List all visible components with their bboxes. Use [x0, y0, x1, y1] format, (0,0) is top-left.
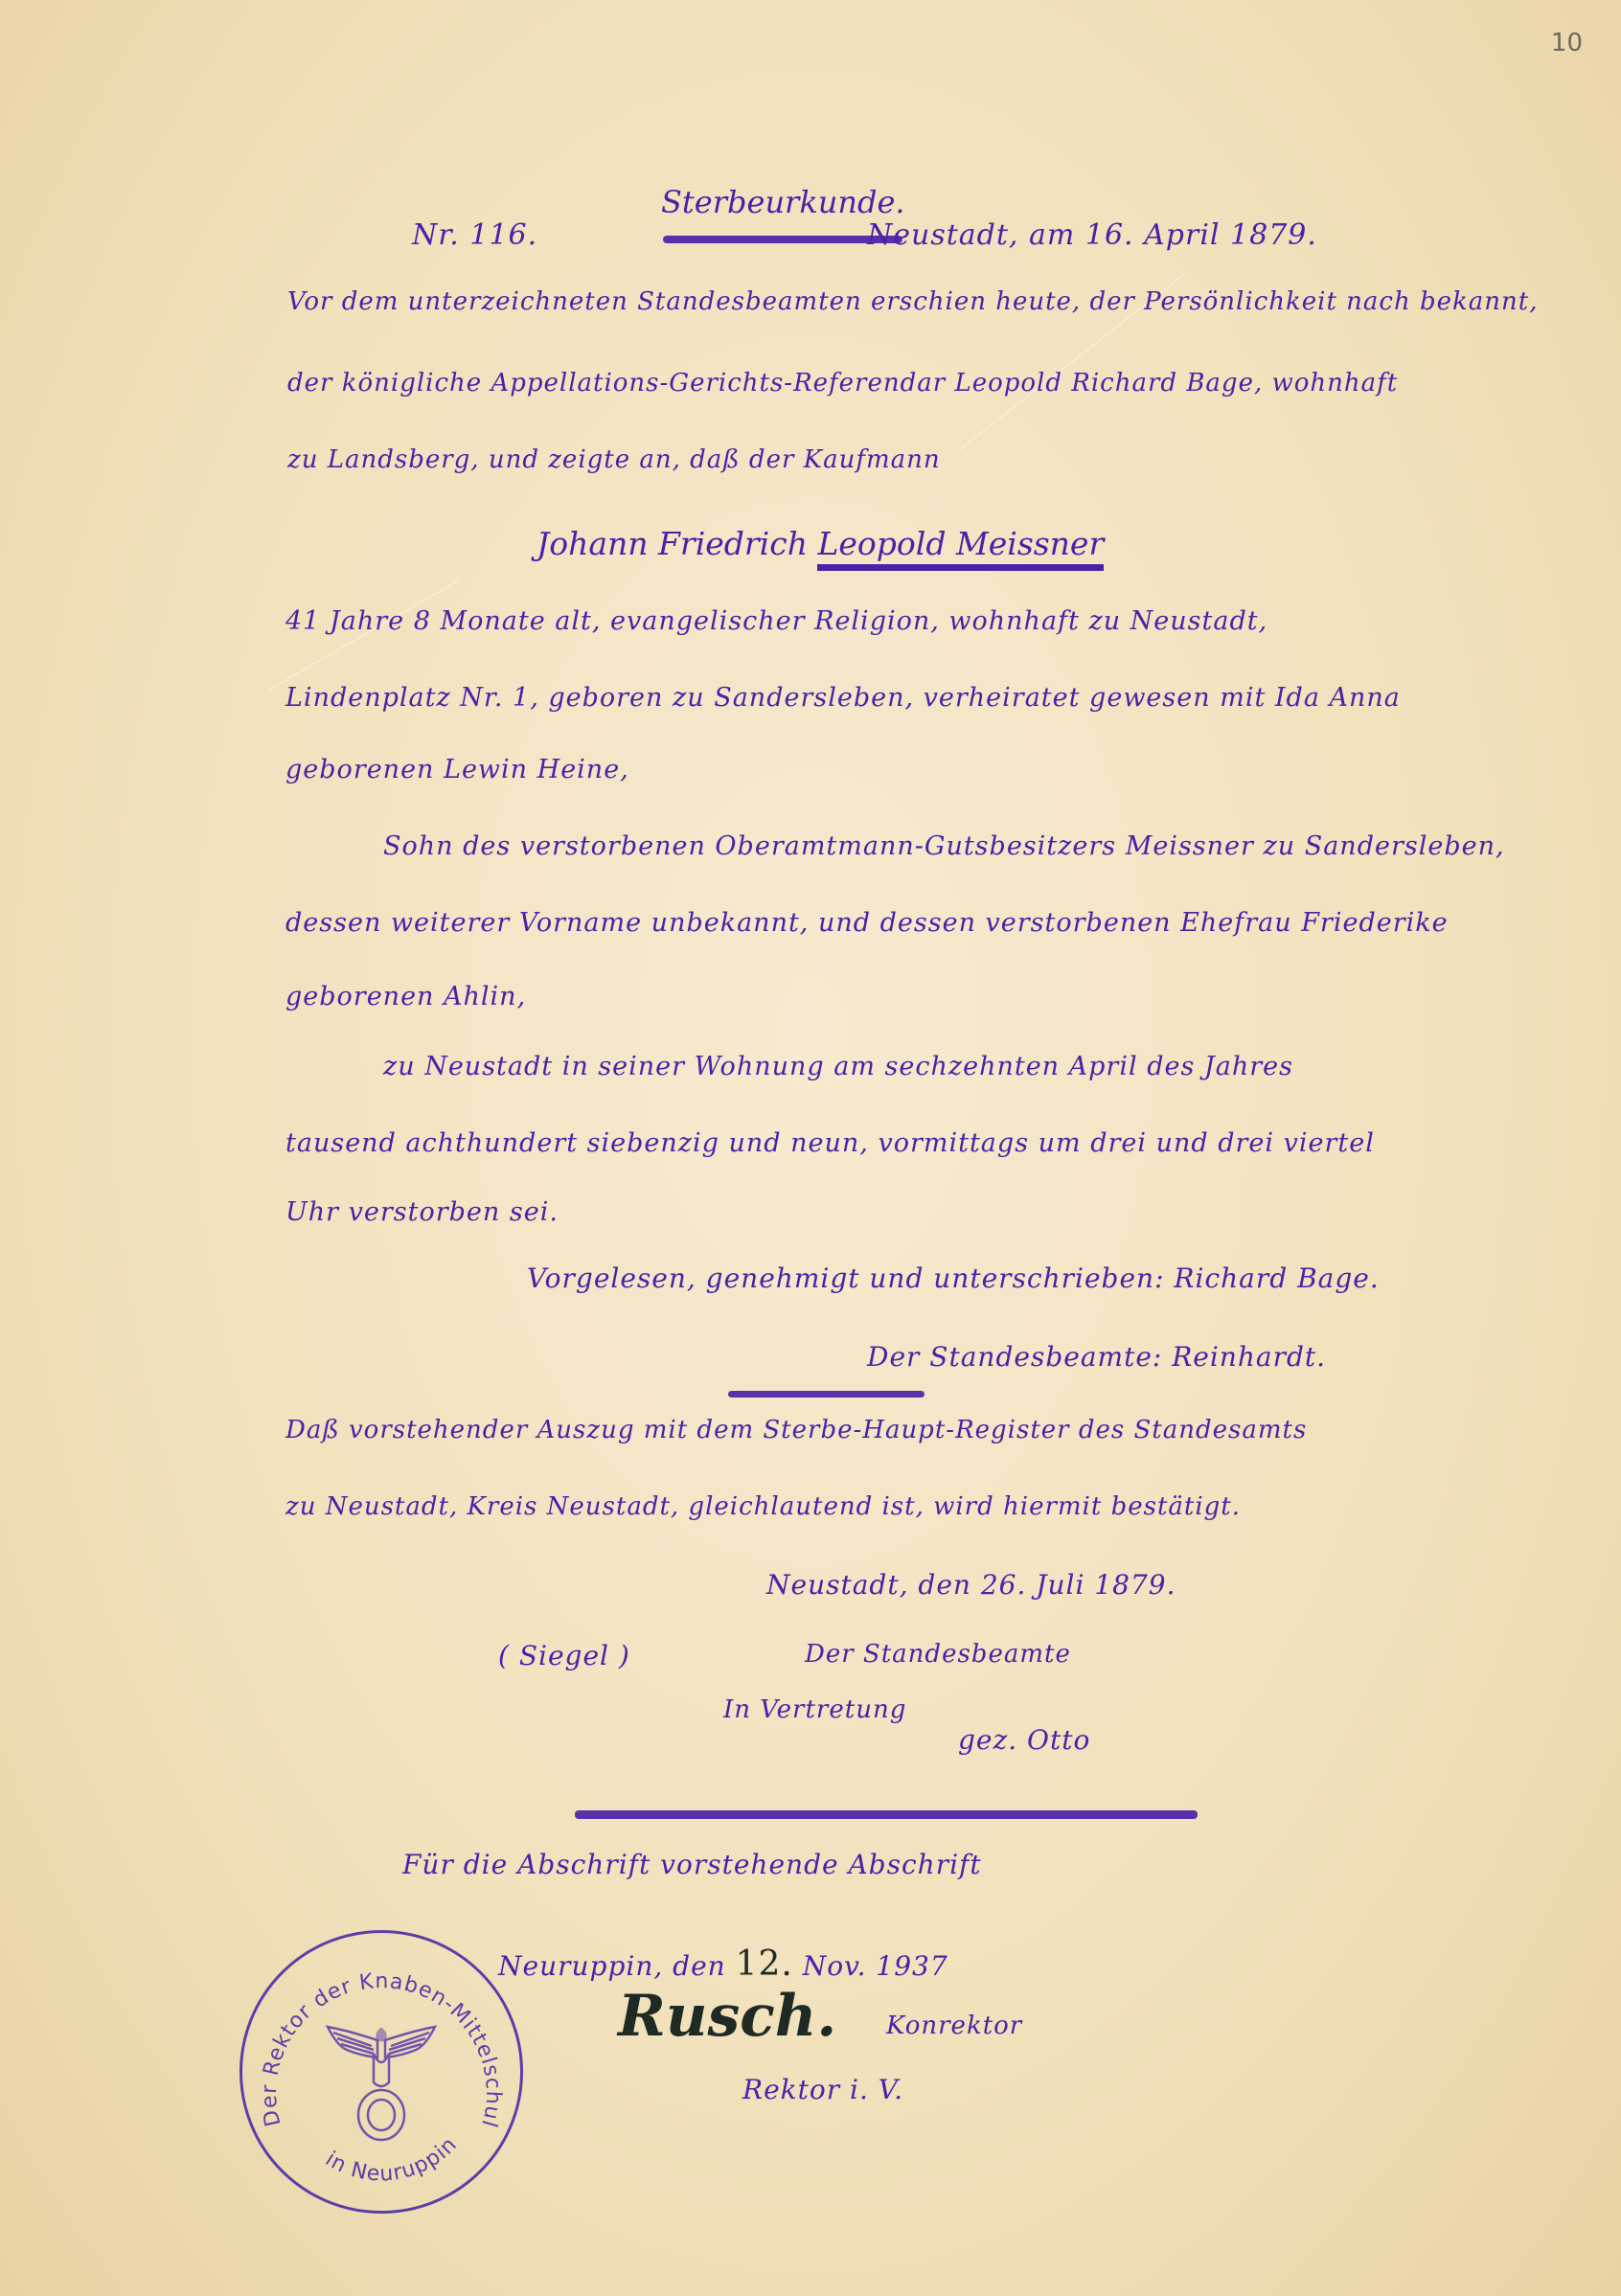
- details-line: Lindenplatz Nr. 1, geboren zu Sandersleb…: [285, 683, 1401, 713]
- death-line: Uhr verstorben sei.: [285, 1197, 559, 1227]
- copy-place-date: Neuruppin, den 12. Nov. 1937: [498, 1944, 948, 1984]
- copy-section-divider: [575, 1810, 1198, 1819]
- body-line: zu Landsberg, und zeigte an, daß der Kau…: [287, 445, 941, 474]
- cert-signature-deputy: In Vertretung: [723, 1695, 906, 1724]
- document-title: Sterbeurkunde.: [661, 184, 905, 220]
- copy-signature-role: Konrektor: [886, 2012, 1022, 2040]
- certification-line: zu Neustadt, Kreis Neustadt, gleichlaute…: [285, 1492, 1241, 1521]
- section-divider: [728, 1391, 925, 1398]
- registrar-line: Der Standesbeamte: Reinhardt.: [867, 1341, 1326, 1373]
- copy-signature: Rusch.: [618, 1983, 836, 2050]
- parents-line: Sohn des verstorbenen Oberamtmann-Gutsbe…: [383, 831, 1505, 861]
- read-approved-line: Vorgelesen, genehmigt und unterschrieben…: [527, 1262, 1380, 1294]
- details-line: geborenen Lewin Heine,: [285, 755, 629, 784]
- copy-day: 12.: [736, 1944, 793, 1984]
- register-number: Nr. 116.: [412, 218, 537, 252]
- deceased-name: Johann Friedrich Leopold Meissner: [537, 525, 1104, 562]
- seal-label: ( Siegel ): [498, 1640, 630, 1671]
- copy-place-prefix: Neuruppin, den: [498, 1950, 726, 1982]
- details-line: 41 Jahre 8 Monate alt, evangelischer Rel…: [285, 606, 1267, 636]
- deceased-surname: Leopold Meissner: [817, 525, 1104, 571]
- eagle-emblem-icon: [324, 2010, 439, 2144]
- folio-number: 10: [1551, 29, 1583, 57]
- certification-line: Daß vorstehender Auszug mit dem Sterbe-H…: [285, 1416, 1307, 1444]
- certification-place-date: Neustadt, den 26. Juli 1879.: [766, 1569, 1176, 1601]
- copy-month-year: Nov. 1937: [803, 1950, 948, 1982]
- copy-certification-line: Für die Abschrift vorstehende Abschrift: [402, 1849, 982, 1880]
- registration-place-date: Neustadt, am 16. April 1879.: [867, 218, 1317, 252]
- death-line: zu Neustadt in seiner Wohnung am sechzeh…: [383, 1052, 1293, 1081]
- parents-line: geborenen Ahlin,: [285, 982, 526, 1012]
- official-stamp: Der Rektor der Knaben-Mittelschule in Ne…: [240, 1930, 523, 2214]
- death-line: tausend achthundert siebenzig und neun, …: [285, 1128, 1375, 1158]
- body-line: der königliche Appellations-Gerichts-Ref…: [287, 369, 1398, 398]
- cert-signature-title: Der Standesbeamte: [805, 1640, 1071, 1669]
- body-line: Vor dem unterzeichneten Standesbeamten e…: [287, 287, 1538, 316]
- cert-signature-name: gez. Otto: [958, 1724, 1090, 1756]
- deceased-given-names: Johann Friedrich: [537, 525, 808, 562]
- copy-role-line: Rektor i. V.: [742, 2074, 903, 2105]
- parents-line: dessen weiterer Vorname unbekannt, und d…: [285, 908, 1449, 938]
